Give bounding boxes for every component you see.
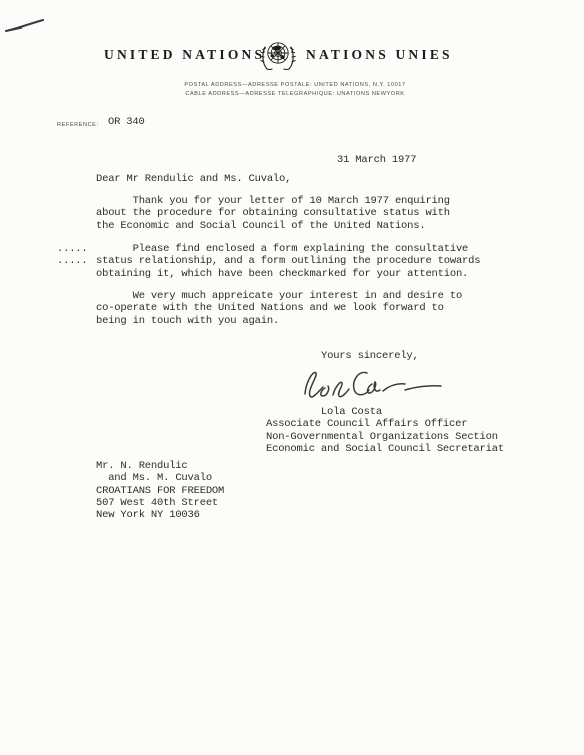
postal-address-line: POSTAL ADDRESS—ADRESSE POSTALE: UNITED N…	[145, 81, 445, 90]
letter-page: UNITED NATIONS NATIONS UNIES POST	[0, 0, 584, 755]
cable-address-line: CABLE ADDRESS—ADRESSE TELEGRAPHIQUE: UNA…	[145, 90, 445, 99]
reference-label: REFERENCE:	[57, 121, 99, 130]
pen-stroke-mark	[2, 12, 50, 34]
signature-block: Lola Costa Associate Council Affairs Off…	[266, 406, 504, 455]
paragraph-1: Thank you for your letter of 10 March 19…	[96, 195, 450, 232]
letterhead-title-left: UNITED NATIONS	[104, 47, 265, 63]
un-emblem-icon	[259, 38, 297, 72]
letter-date: 31 March 1977	[337, 154, 416, 166]
reference-value: OR 340	[108, 116, 145, 128]
letterhead-title-right: NATIONS UNIES	[306, 47, 453, 63]
margin-checkmark-dots: ..... .....	[57, 243, 88, 268]
paragraph-3: We very much appreicate your interest in…	[96, 290, 462, 327]
letterhead-address-block: POSTAL ADDRESS—ADRESSE POSTALE: UNITED N…	[145, 81, 445, 99]
salutation: Dear Mr Rendulic and Ms. Cuvalo,	[96, 173, 291, 185]
paragraph-2: Please find enclosed a form explaining t…	[96, 243, 480, 280]
signature-scrawl	[293, 360, 453, 408]
recipient-address-block: Mr. N. Rendulic and Ms. M. Cuvalo CROATI…	[96, 460, 224, 521]
